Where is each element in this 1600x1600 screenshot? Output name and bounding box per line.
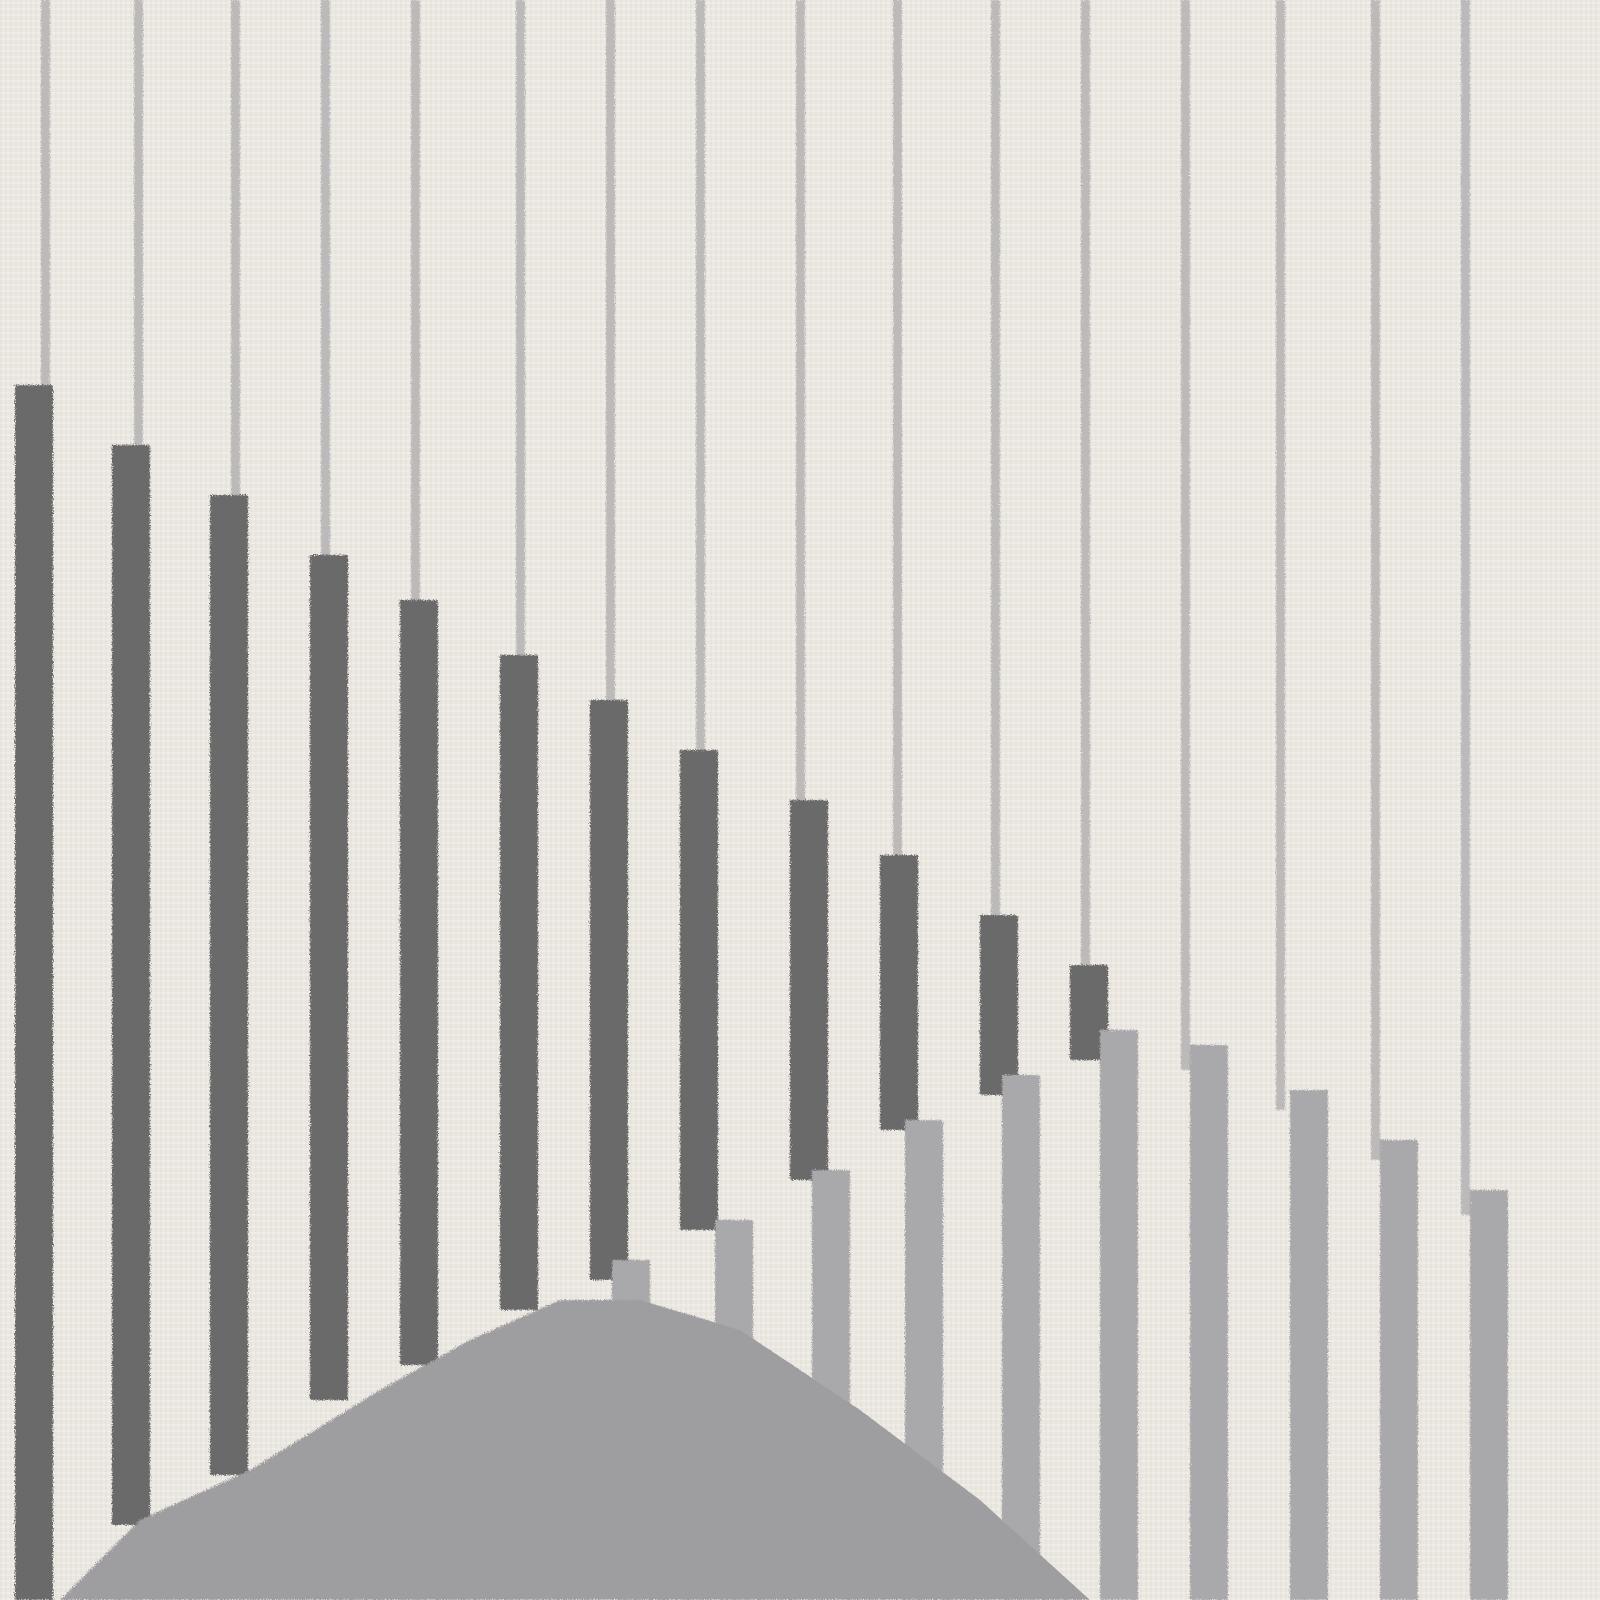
rug-texture [0,0,1600,1600]
stripe-pattern [0,0,1600,1600]
